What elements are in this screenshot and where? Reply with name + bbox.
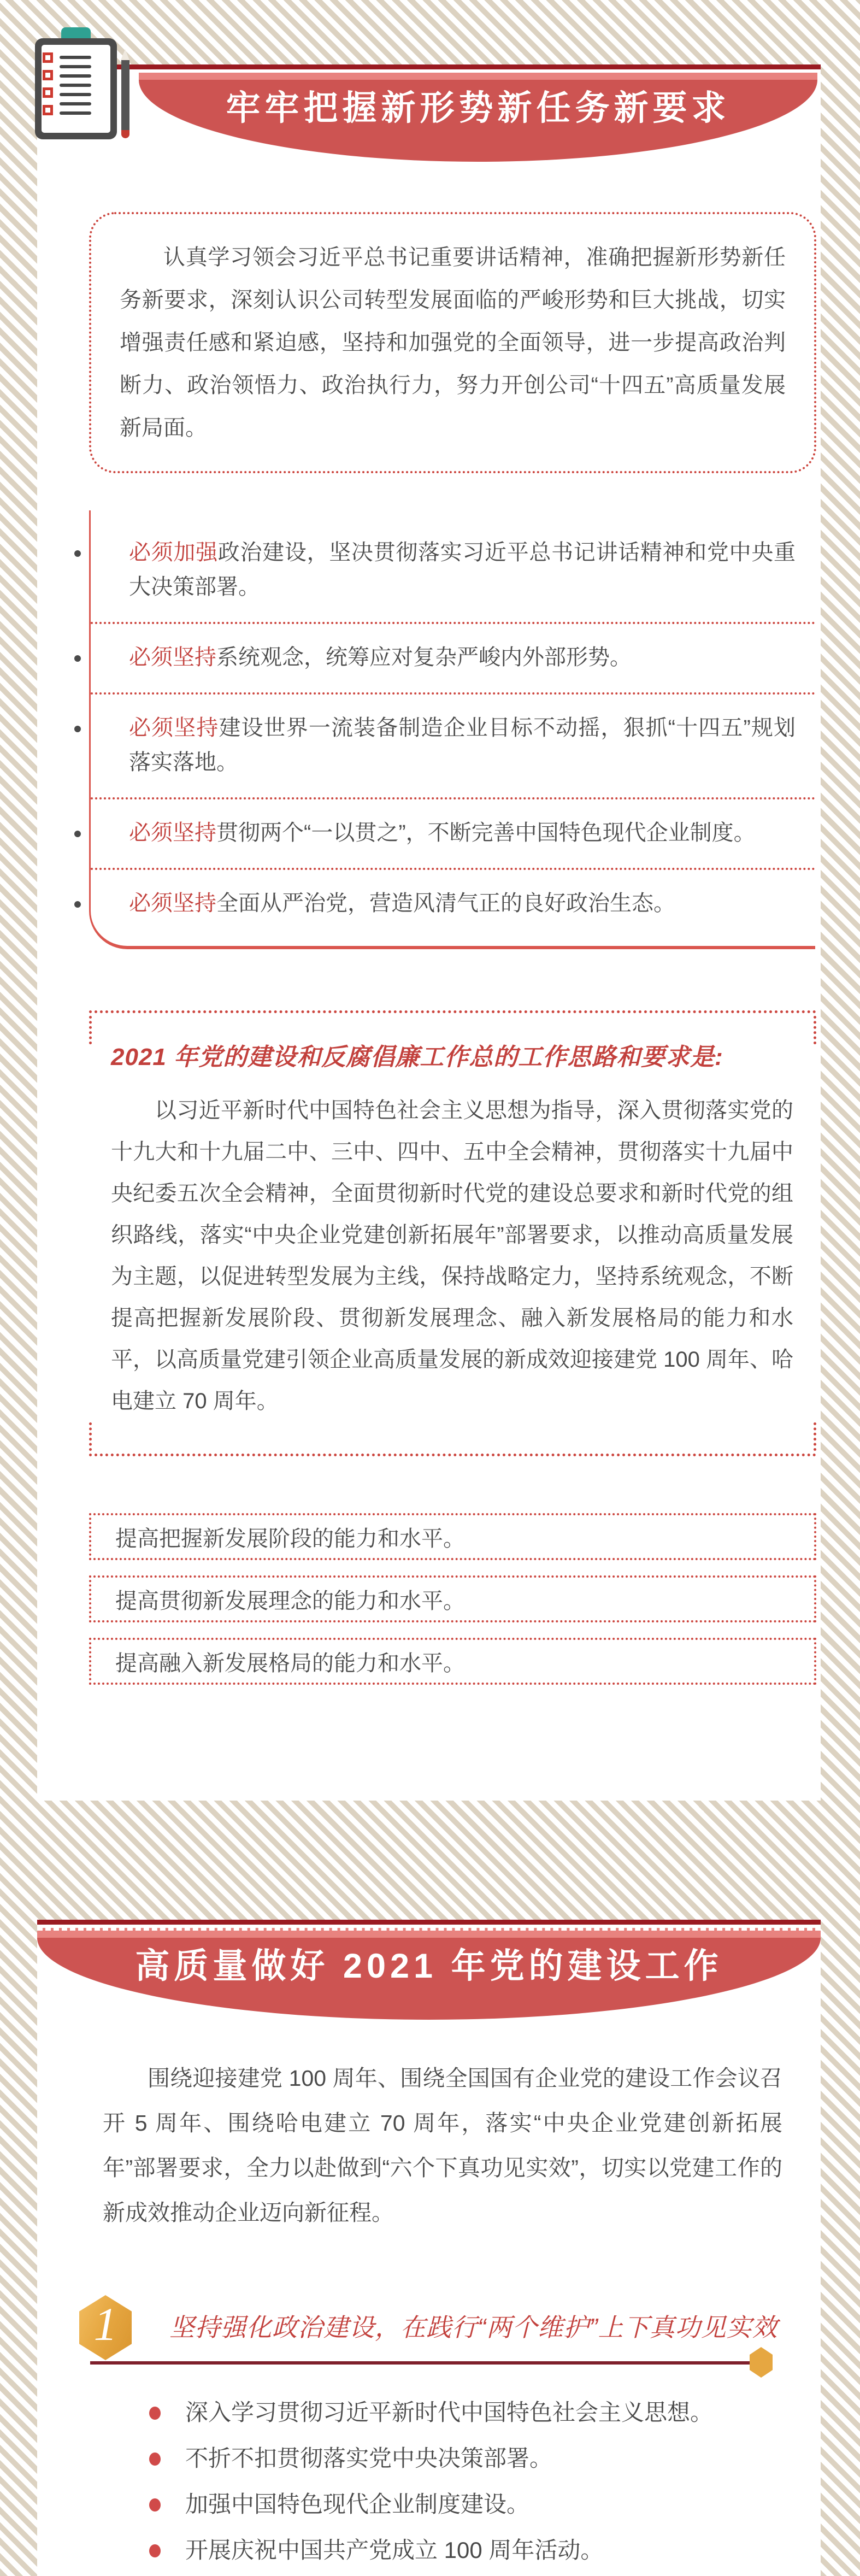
must-text: 贯彻两个“一以贯之”，不断完善中国特色现代企业制度。 <box>216 821 756 845</box>
must-text: 系统观念，统筹应对复杂严峻内外部形势。 <box>216 645 632 669</box>
must-text: 建设世界一流装备制造企业目标不动摇，狠抓“十四五”规划落实落地。 <box>129 716 796 774</box>
goal-text: 提高把握新发展阶段的能力和水平。 <box>115 1521 465 1552</box>
banner-top-line <box>37 1920 821 1925</box>
must-lead: 必须坚持 <box>129 716 219 740</box>
section1-intro-paragraph: 认真学习领会习近平总书记重要讲话精神，准确把握新形势新任务新要求，深刻认识公司转… <box>120 236 786 449</box>
goal-box: 提高贯彻新发展理念的能力和水平。 <box>89 1575 816 1622</box>
task-number: 1 <box>94 2301 117 2355</box>
section-card-2: 高质量做好 2021 年党的建设工作 围绕迎接建党 100 周年、围绕全国国有企… <box>37 1920 821 2576</box>
must-text: 政治建设，坚决贯彻落实习近平总书记讲话精神和党中央重大决策部署。 <box>129 540 796 599</box>
musts-list: 必须加强政治建设，坚决贯彻落实习近平总书记讲话精神和党中央重大决策部署。 必须坚… <box>89 510 815 949</box>
must-lead: 必须坚持 <box>129 821 216 845</box>
section2-intro-paragraph: 围绕迎接建党 100 周年、围绕全国国有企业党的建设工作会议召开 5 周年、围绕… <box>103 2056 782 2235</box>
banner-pink-band-dashed <box>37 1928 821 1938</box>
list-item: 必须坚持全面从严治党，营造风清气正的良好政治生态。 <box>91 870 815 946</box>
list-item: 加强中国特色现代企业制度建设。 <box>149 2481 799 2527</box>
list-item: 开展庆祝中国共产党成立 100 周年活动。 <box>149 2527 799 2573</box>
must-lead: 必须坚持 <box>129 891 216 915</box>
bullet-text: 开展庆祝中国共产党成立 100 周年活动。 <box>185 2537 603 2563</box>
bullet-text: 加强中国特色现代企业制度建设。 <box>185 2491 529 2517</box>
task1-bullet-list: 深入学习贯彻习近平新时代中国特色社会主义思想。 不折不扣贯彻落实党中央决策部署。… <box>149 2390 799 2573</box>
gold-hexagon-badge: 1 <box>79 2295 132 2360</box>
list-item: 必须坚持建设世界一流装备制造企业目标不动摇，狠抓“十四五”规划落实落地。 <box>91 695 815 799</box>
list-item: 必须坚持贯彻两个“一以贯之”，不断完善中国特色现代企业制度。 <box>91 799 815 870</box>
task1-header: 1 坚持强化政治建设，在践行“两个维护”上下真功见实效 <box>37 2295 821 2365</box>
section-card-1: 牢牢把握新形势新任务新要求 <box>37 64 821 1801</box>
goal-box: 提高融入新发展格局的能力和水平。 <box>89 1638 816 1685</box>
banner-pink-band <box>139 73 817 80</box>
must-lead: 必须坚持 <box>129 645 216 669</box>
red-dot-icon <box>149 2453 161 2466</box>
list-item: 深入学习贯彻习近平新时代中国特色社会主义思想。 <box>149 2390 799 2436</box>
section1-banner: 牢牢把握新形势新任务新要求 <box>37 64 821 162</box>
banner-bowl: 牢牢把握新形势新任务新要求 <box>139 80 817 162</box>
list-item: 必须坚持系统观念，统筹应对复杂严峻内外部形势。 <box>91 624 815 695</box>
list-item: 不折不扣贯彻落实党中央决策部署。 <box>149 2436 799 2481</box>
list-item: 必须加强政治建设，坚决贯彻落实习近平总书记讲话精神和党中央重大决策部署。 <box>91 519 815 624</box>
bullet-text: 不折不扣贯彻落实党中央决策部署。 <box>185 2445 552 2471</box>
task-underline-rule <box>90 2361 756 2365</box>
clipboard-board <box>35 38 117 139</box>
thoughts-frame: 2021 年党的建设和反腐倡廉工作总的工作思路和要求是: 以习近平新时代中国特色… <box>89 1010 816 1456</box>
goal-box: 提高把握新发展阶段的能力和水平。 <box>89 1513 816 1560</box>
banner-top-line <box>37 64 821 69</box>
section1-intro-box: 认真学习领会习近平总书记重要讲话精神，准确把握新形势新任务新要求，深刻认识公司转… <box>89 212 816 473</box>
red-dot-icon <box>149 2544 161 2557</box>
goal-text: 提高贯彻新发展理念的能力和水平。 <box>115 1584 465 1615</box>
must-text: 全面从严治党，营造风清气正的良好政治生态。 <box>216 891 675 915</box>
task1-heading: 坚持强化政治建设，在践行“两个维护”上下真功见实效 <box>169 2295 804 2356</box>
thoughts-paragraph: 以习近平新时代中国特色社会主义思想为指导，深入贯彻落实党的十九大和十九届二中、三… <box>111 1090 793 1422</box>
section1-title: 牢牢把握新形势新任务新要求 <box>226 80 731 129</box>
banner-bowl: 高质量做好 2021 年党的建设工作 <box>37 1938 821 2020</box>
bullet-text: 深入学习贯彻习近平新时代中国特色社会主义思想。 <box>185 2399 713 2425</box>
red-dot-icon <box>149 2407 161 2420</box>
thoughts-heading: 2021 年党的建设和反腐倡廉工作总的工作思路和要求是: <box>111 1040 793 1074</box>
section2-title: 高质量做好 2021 年党的建设工作 <box>135 1938 722 1987</box>
must-lead: 必须加强 <box>129 540 218 564</box>
goal-text: 提高融入新发展格局的能力和水平。 <box>115 1646 465 1677</box>
clipboard-checklist-rows <box>43 52 91 115</box>
infographic-page: 牢牢把握新形势新任务新要求 <box>0 0 860 2576</box>
red-dot-icon <box>149 2498 161 2512</box>
section2-banner: 高质量做好 2021 年党的建设工作 <box>37 1920 821 2020</box>
clipboard-checklist-icon <box>35 27 137 152</box>
pencil-icon <box>121 49 129 146</box>
